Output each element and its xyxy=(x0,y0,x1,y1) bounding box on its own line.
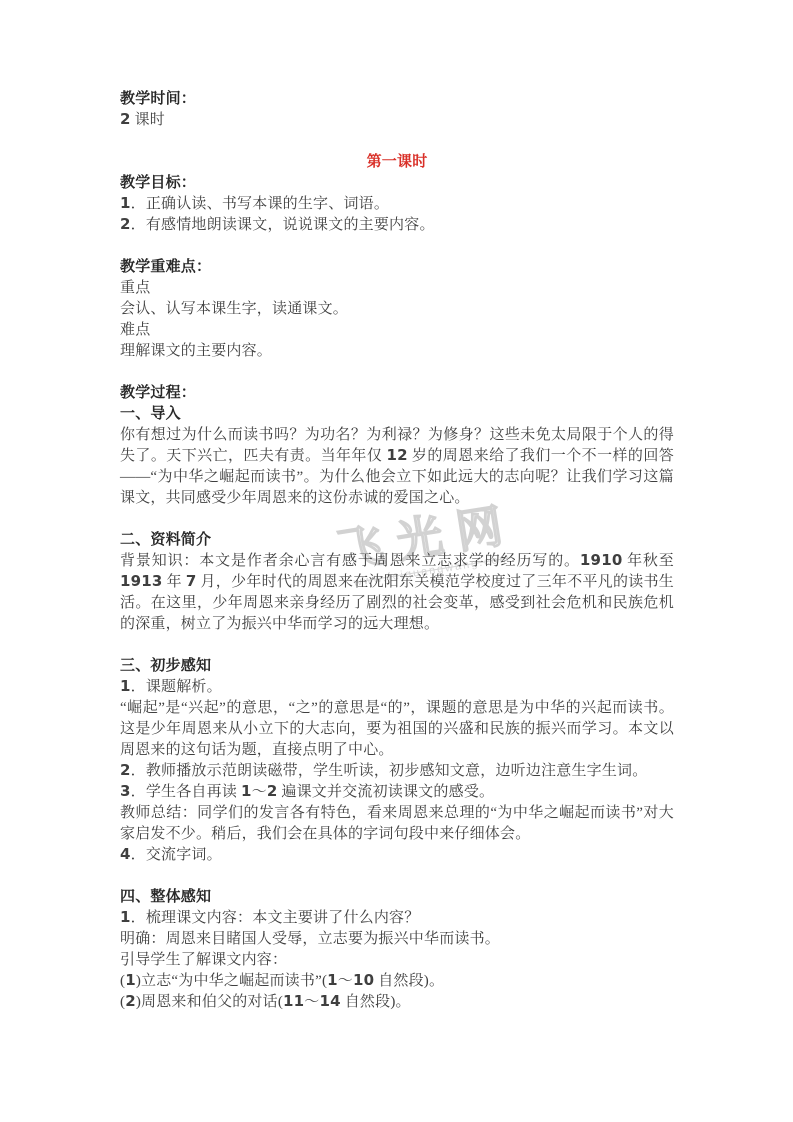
doc-line: 教学时间： xyxy=(120,89,674,110)
doc-line: 4．交流字词。 xyxy=(120,845,674,866)
doc-line xyxy=(120,362,674,383)
doc-line: 教师总结：同学们的发言各有特色，看来周恩来总理的“为中华之崛起而读书”对大家启发… xyxy=(120,803,674,845)
doc-line xyxy=(120,236,674,257)
document-content: 教学时间： 2 课时 第一课时 教学目标： 1．正确认读、书写本课的生字、词语。… xyxy=(120,89,674,1013)
doc-line: 1．正确认读、书写本课的生字、词语。 xyxy=(120,194,674,215)
doc-line: 教学重难点： xyxy=(120,257,674,278)
doc-line: 引导学生了解课文内容： xyxy=(120,950,674,971)
doc-line: 2．有感情地朗读课文，说说课文的主要内容。 xyxy=(120,215,674,236)
doc-line: 2 课时 xyxy=(120,110,674,131)
doc-line: 3．学生各自再读 1～2 遍课文并交流初读课文的感受。 xyxy=(120,782,674,803)
doc-line: 一、导入 xyxy=(120,404,674,425)
doc-line: 2．教师播放示范朗读磁带，学生听读，初步感知文意，边听边注意生字生词。 xyxy=(120,761,674,782)
doc-line xyxy=(120,131,674,152)
doc-line: “崛起”是“兴起”的意思，“之”的意思是“的”，课题的意思是为中华的兴起而读书。… xyxy=(120,698,674,761)
doc-line xyxy=(120,509,674,530)
doc-line: 教学过程： xyxy=(120,383,674,404)
doc-line: 三、初步感知 xyxy=(120,656,674,677)
doc-line: 1．课题解析。 xyxy=(120,677,674,698)
doc-line: 1．梳理课文内容：本文主要讲了什么内容？ xyxy=(120,908,674,929)
doc-line: 第一课时 xyxy=(120,152,674,173)
doc-line: (1)立志“为中华之崛起而读书”(1～10 自然段)。 xyxy=(120,971,674,992)
doc-line xyxy=(120,635,674,656)
doc-line: 会认、认写本课生字，读通课文。 xyxy=(120,299,674,320)
doc-line: 理解课文的主要内容。 xyxy=(120,341,674,362)
doc-line: 重点 xyxy=(120,278,674,299)
doc-line: 四、整体感知 xyxy=(120,887,674,908)
document-page: 飞光网 www.feiguangwang.com 教学时间： 2 课时 第一课时… xyxy=(0,0,793,1122)
doc-line: (2)周恩来和伯父的对话(11～14 自然段)。 xyxy=(120,992,674,1013)
doc-line: 背景知识：本文是作者余心言有感于周恩来立志求学的经历写的。1910 年秋至 19… xyxy=(120,551,674,635)
doc-line xyxy=(120,866,674,887)
doc-line: 难点 xyxy=(120,320,674,341)
doc-line: 教学目标： xyxy=(120,173,674,194)
doc-line: 你有想过为什么而读书吗？为功名？为利禄？为修身？这些未免太局限于个人的得失了。天… xyxy=(120,425,674,509)
page: { "watermark": { "text": "飞光网", "subtext… xyxy=(0,0,793,1122)
doc-line: 明确：周恩来目睹国人受辱，立志要为振兴中华而读书。 xyxy=(120,929,674,950)
doc-line: 二、资料简介 xyxy=(120,530,674,551)
